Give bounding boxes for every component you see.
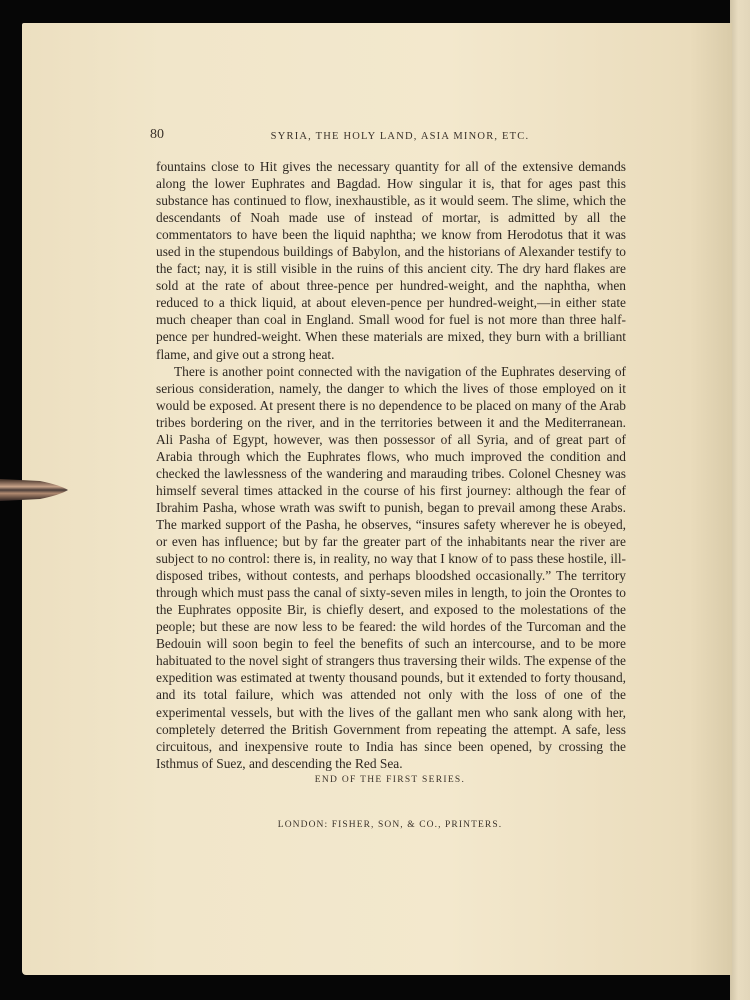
metal-clip-icon [0,475,68,505]
running-head: SYRIA, THE HOLY LAND, ASIA MINOR, ETC. [150,131,650,142]
end-note: END OF THE FIRST SERIES. [150,775,630,785]
paragraph: fountains close to Hit gives the necessa… [156,158,626,363]
body-text: fountains close to Hit gives the necessa… [156,158,626,772]
printer-imprint: LONDON: FISHER, SON, & CO., PRINTERS. [150,820,630,830]
next-page-edge [730,0,750,1000]
paragraph: There is another point connected with th… [156,363,626,772]
